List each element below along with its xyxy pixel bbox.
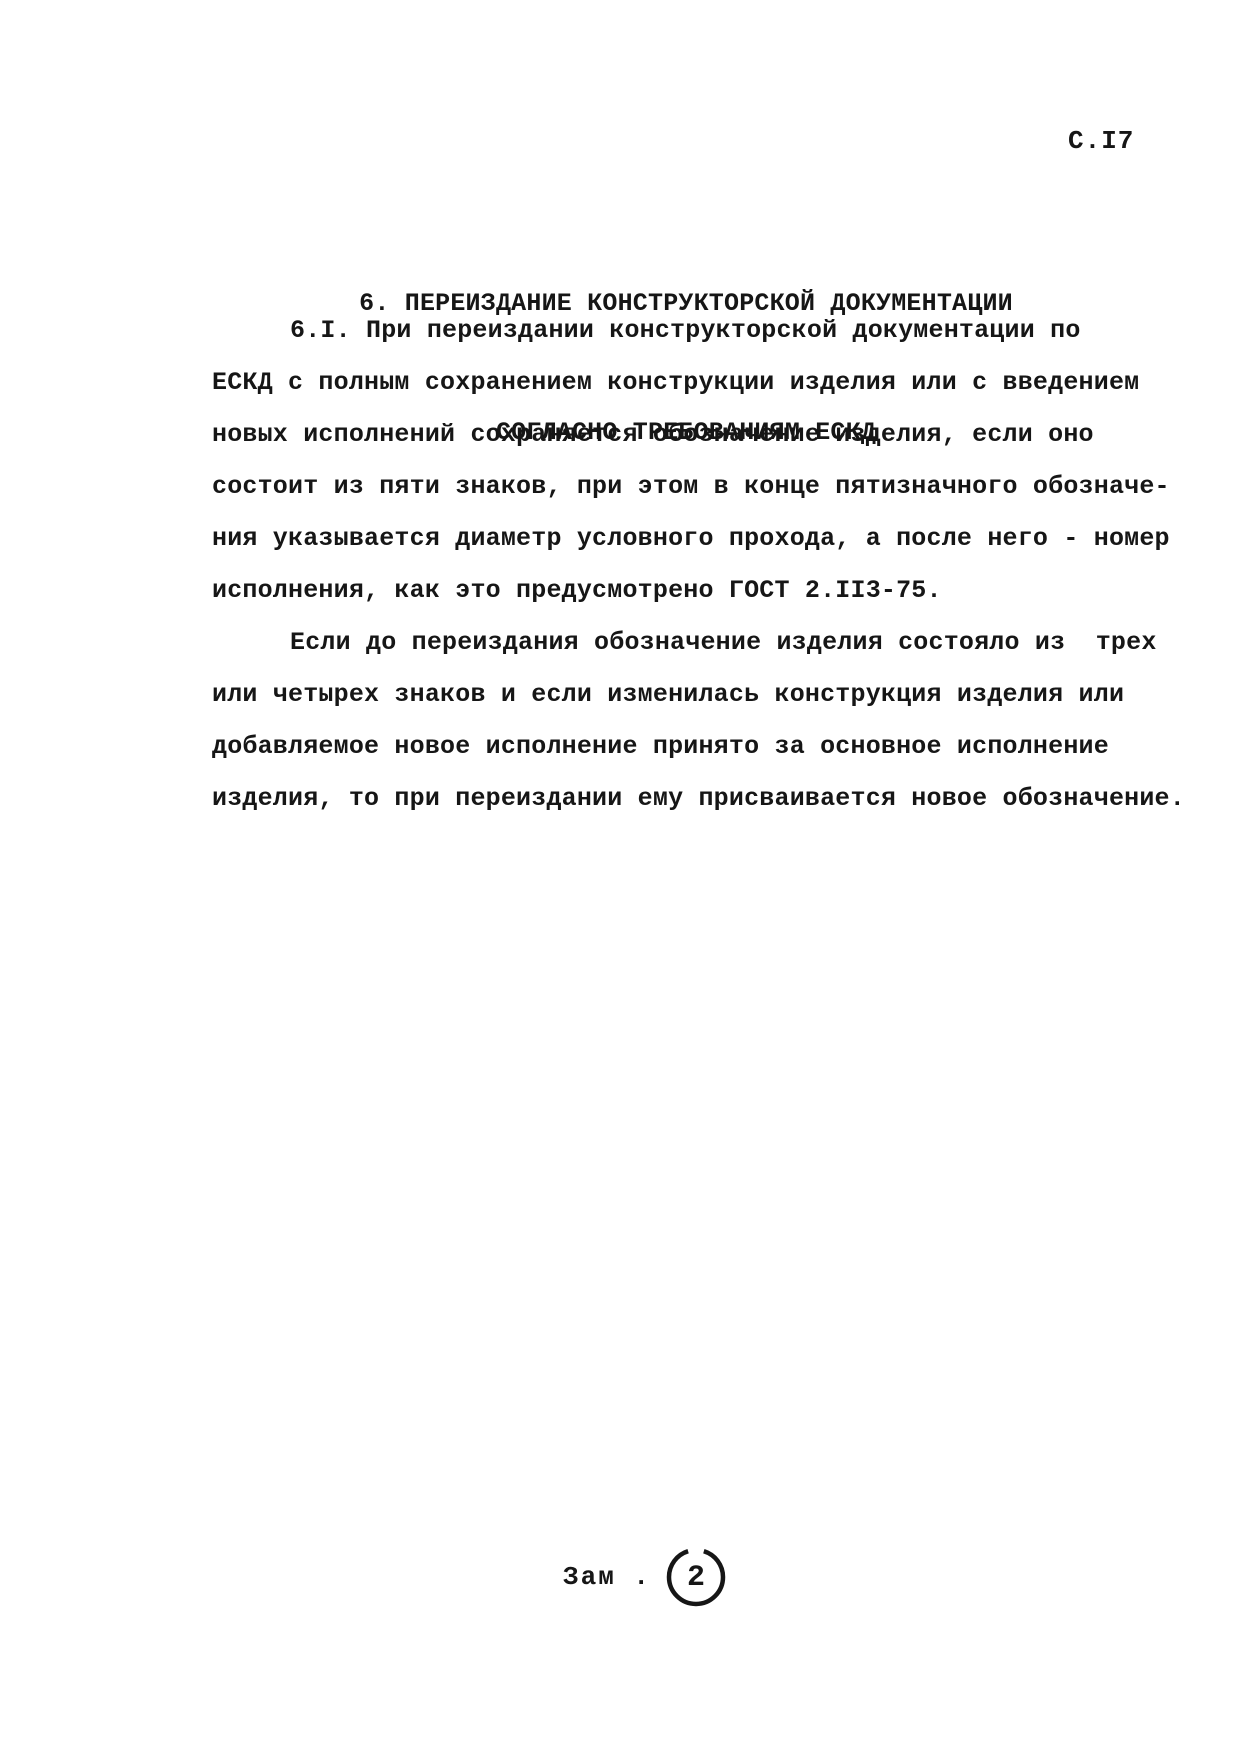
body-line: Если до переиздания обозначение изделия … xyxy=(212,617,1192,669)
scanned-document-page: С.I7 6. ПЕРЕИЗДАНИЕ КОНСТРУКТОРСКОЙ ДОКУ… xyxy=(0,0,1255,1764)
stamp-label: Зам . xyxy=(563,1562,651,1592)
body-line: ЕСКД с полным сохранением конструкции из… xyxy=(212,357,1192,409)
body-line: 6.I. При переиздании конструкторской док… xyxy=(212,305,1192,357)
body-line: состоит из пяти знаков, при этом в конце… xyxy=(212,461,1192,513)
body-line: исполнения, как это предусмотрено ГОСТ 2… xyxy=(212,565,1192,617)
body-line: добавляемое новое исполнение принято за … xyxy=(212,721,1192,773)
body-line: или четырех знаков и если изменилась кон… xyxy=(212,669,1192,721)
body-text: 6.I. При переиздании конструкторской док… xyxy=(212,305,1192,825)
body-line: ния указывается диаметр условного проход… xyxy=(212,513,1192,565)
page-number: С.I7 xyxy=(1068,126,1134,156)
revision-stamp: Зам . 2 xyxy=(563,1546,727,1608)
body-line: новых исполнений сохраняется обозначение… xyxy=(212,409,1192,461)
revision-number: 2 xyxy=(665,1547,727,1609)
body-line: изделия, то при переиздании ему присваив… xyxy=(212,773,1192,825)
circled-revision-number: 2 xyxy=(665,1546,727,1608)
